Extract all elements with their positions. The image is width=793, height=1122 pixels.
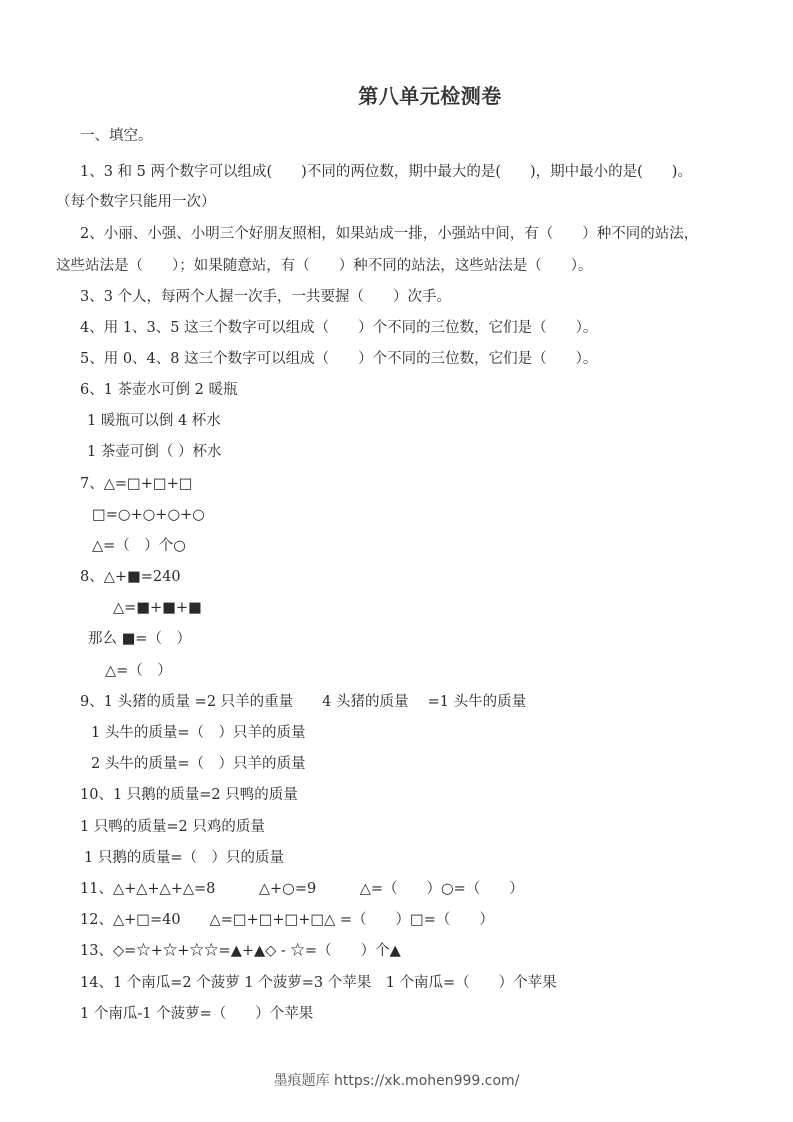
section-heading: 一、填空。	[80, 126, 153, 146]
question-line: 12、△+□=40 △=□+□+□+□△ =（ ）□=（ ）	[80, 910, 494, 930]
question-line: 10、1 只鹅的质量=2 只鸭的质量	[80, 785, 298, 805]
question-line: 4、用 1、3、5 这三个数字可以组成（ ）个不同的三位数，它们是（ ）。	[80, 318, 597, 338]
question-line: 8、△+■=240	[80, 567, 181, 587]
question-line: 5、用 0、4、8 这三个数字可以组成（ ）个不同的三位数，它们是（ ）。	[80, 349, 597, 369]
question-line: 2、小丽、小强、小明三个好朋友照相，如果站成一排，小强站中间，有（ ）种不同的站…	[80, 224, 698, 244]
question-line: 1 个南瓜-1 个菠萝=（ ）个苹果	[80, 1004, 313, 1024]
footer-watermark: 墨痕题库 https://xk.mohen999.com/	[0, 1070, 793, 1090]
question-line: 9、1 头猪的质量 =2 只羊的重量 4 头猪的质量 =1 头牛的质量	[80, 692, 526, 712]
question-line: 1 只鹅的质量=（ ）只的质量	[84, 848, 284, 868]
question-line: △=（ ）	[105, 661, 172, 681]
question-line: 1 暖瓶可以倒 4 杯水	[87, 411, 221, 431]
question-line: 7、△=□+□+□	[80, 474, 192, 494]
question-line: 6、1 茶壶水可倒 2 暖瓶	[80, 380, 238, 400]
question-line: 1 头牛的质量=（ ）只羊的质量	[91, 723, 305, 743]
question-line: □=○+○+○+○	[92, 505, 205, 525]
question-line: 13、◇=☆+☆+☆☆=▲+▲◇ - ☆=（ ）个▲	[80, 941, 401, 961]
question-line: 3、3 个人，每两个人握一次手，一共要握（ ）次手。	[80, 287, 451, 307]
question-line: 2 头牛的质量=（ ）只羊的质量	[91, 754, 305, 774]
question-line: 14、1 个南瓜=2 个菠萝 1 个菠萝=3 个苹果 1 个南瓜=（ ）个苹果	[80, 973, 557, 993]
question-line: 1 只鸭的质量=2 只鸡的质量	[80, 817, 265, 837]
question-line: 这些站法是（ ）；如果随意站，有（ ）种不同的站法，这些站法是（ ）。	[56, 256, 593, 276]
question-line: （每个数字只能用一次）	[56, 192, 216, 212]
question-line: 1 茶壶可倒（ ）杯水	[87, 442, 221, 462]
question-line: △=（ ）个○	[92, 536, 186, 556]
question-line: 1、3 和 5 两个数字可以组成( )不同的两位数，期中最大的是( )，期中最小…	[80, 162, 692, 182]
question-line: 那么 ■=（ ）	[88, 629, 191, 649]
question-line: 11、△+△+△+△=8 △+○=9 △=（ ）○=（ ）	[80, 879, 524, 899]
page-title: 第八单元检测卷	[0, 80, 793, 109]
question-line: △=■+■+■	[113, 598, 202, 618]
